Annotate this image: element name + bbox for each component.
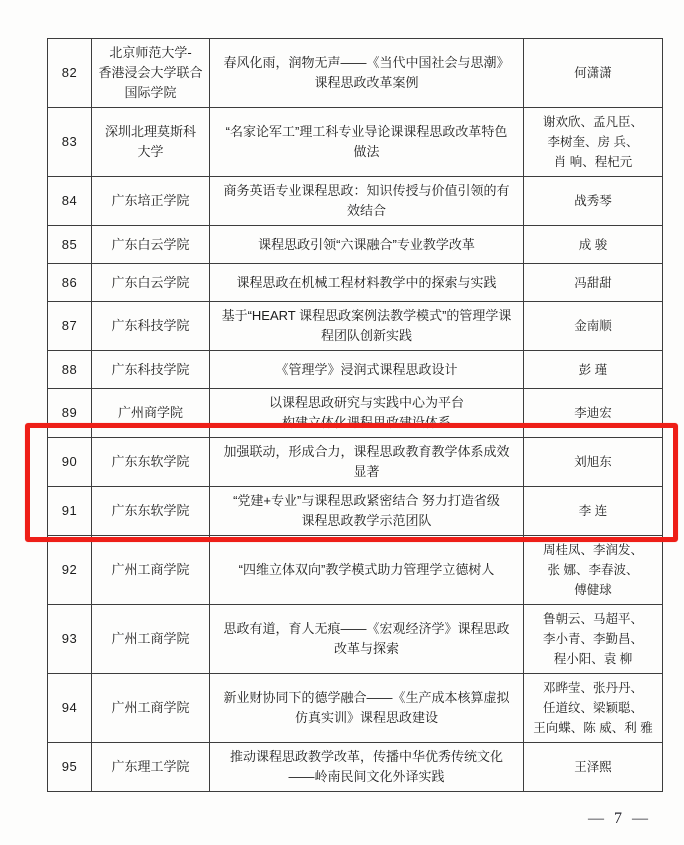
- cell-institution: 广东科技学院: [92, 351, 210, 389]
- award-table-body: 82 北京师范大学- 香港浸会大学联合 国际学院 春风化雨，润物无声——《当代中…: [48, 39, 663, 792]
- table-row: 92 广州工商学院 “四维立体双向”教学模式助力管理学立德树人 周桂凤、李润发、…: [48, 536, 663, 605]
- cell-project-title: 《管理学》浸润式课程思政设计: [210, 351, 524, 389]
- cell-project-title: 推动课程思政教学改革，传播中华优秀传统文化 ——岭南民间文化外译实践: [210, 743, 524, 792]
- cell-institution: 广州工商学院: [92, 674, 210, 743]
- cell-row-number: 84: [48, 177, 92, 226]
- cell-row-number: 94: [48, 674, 92, 743]
- table-row: 90 广东东软学院 加强联动，形成合力，课程思政教育教学体系成效 显著 刘旭东: [48, 438, 663, 487]
- cell-row-number: 92: [48, 536, 92, 605]
- cell-institution: 北京师范大学- 香港浸会大学联合 国际学院: [92, 39, 210, 108]
- cell-awardee-names: 李迪宏: [524, 389, 663, 438]
- cell-project-title: 新业财协同下的德学融合——《生产成本核算虚拟 仿真实训》课程思政建设: [210, 674, 524, 743]
- cell-project-title: “党建+专业”与课程思政紧密结合 努力打造省级 课程思政教学示范团队: [210, 487, 524, 536]
- table-row: 87 广东科技学院 基于“HEART 课程思政案例法教学模式”的管理学课 程团队…: [48, 302, 663, 351]
- cell-row-number: 91: [48, 487, 92, 536]
- table-row: 89 广州商学院 以课程思政研究与实践中心为平台 构建立体化课程思政建设体系 李…: [48, 389, 663, 438]
- cell-institution: 广东白云学院: [92, 226, 210, 264]
- cell-institution: 广东东软学院: [92, 487, 210, 536]
- table-row: 93 广州工商学院 思政有道，育人无痕——《宏观经济学》课程思政 改革与探索 鲁…: [48, 605, 663, 674]
- cell-awardee-names: 邓晔莹、张丹丹、 任道纹、梁颖聪、 王向蝶、陈 威、利 雅: [524, 674, 663, 743]
- cell-institution: 广东白云学院: [92, 264, 210, 302]
- table-row: 88 广东科技学院 《管理学》浸润式课程思政设计 彭 瑾: [48, 351, 663, 389]
- cell-row-number: 87: [48, 302, 92, 351]
- cell-row-number: 86: [48, 264, 92, 302]
- award-table: 82 北京师范大学- 香港浸会大学联合 国际学院 春风化雨，润物无声——《当代中…: [47, 38, 663, 792]
- table-row: 82 北京师范大学- 香港浸会大学联合 国际学院 春风化雨，润物无声——《当代中…: [48, 39, 663, 108]
- cell-row-number: 82: [48, 39, 92, 108]
- table-row: 86 广东白云学院 课程思政在机械工程材料教学中的探索与实践 冯甜甜: [48, 264, 663, 302]
- cell-project-title: 加强联动，形成合力，课程思政教育教学体系成效 显著: [210, 438, 524, 487]
- cell-project-title: 基于“HEART 课程思政案例法教学模式”的管理学课 程团队创新实践: [210, 302, 524, 351]
- cell-project-title: “名家论军工”理工科专业导论课课程思政改革特色 做法: [210, 108, 524, 177]
- cell-project-title: “四维立体双向”教学模式助力管理学立德树人: [210, 536, 524, 605]
- cell-institution: 广州商学院: [92, 389, 210, 438]
- cell-row-number: 90: [48, 438, 92, 487]
- table-row: 84 广东培正学院 商务英语专业课程思政：知识传授与价值引领的有 效结合 战秀琴: [48, 177, 663, 226]
- table-row: 94 广州工商学院 新业财协同下的德学融合——《生产成本核算虚拟 仿真实训》课程…: [48, 674, 663, 743]
- cell-institution: 深圳北理莫斯科 大学: [92, 108, 210, 177]
- cell-row-number: 83: [48, 108, 92, 177]
- cell-institution: 广东培正学院: [92, 177, 210, 226]
- cell-institution: 广东科技学院: [92, 302, 210, 351]
- cell-institution: 广东理工学院: [92, 743, 210, 792]
- cell-awardee-names: 周桂凤、李润发、 张 娜、李春波、 傅健球: [524, 536, 663, 605]
- cell-row-number: 85: [48, 226, 92, 264]
- cell-project-title: 商务英语专业课程思政：知识传授与价值引领的有 效结合: [210, 177, 524, 226]
- table-row: 85 广东白云学院 课程思政引领“六课融合”专业教学改革 成 骏: [48, 226, 663, 264]
- cell-awardee-names: 成 骏: [524, 226, 663, 264]
- cell-project-title: 课程思政在机械工程材料教学中的探索与实践: [210, 264, 524, 302]
- cell-awardee-names: 王泽熙: [524, 743, 663, 792]
- cell-awardee-names: 冯甜甜: [524, 264, 663, 302]
- cell-project-title: 春风化雨，润物无声——《当代中国社会与思潮》 课程思政改革案例: [210, 39, 524, 108]
- cell-awardee-names: 战秀琴: [524, 177, 663, 226]
- cell-row-number: 95: [48, 743, 92, 792]
- page-number: — 7 —: [588, 810, 651, 828]
- table-row: 95 广东理工学院 推动课程思政教学改革，传播中华优秀传统文化 ——岭南民间文化…: [48, 743, 663, 792]
- cell-row-number: 88: [48, 351, 92, 389]
- cell-project-title: 课程思政引领“六课融合”专业教学改革: [210, 226, 524, 264]
- cell-awardee-names: 何潇潇: [524, 39, 663, 108]
- cell-project-title: 以课程思政研究与实践中心为平台 构建立体化课程思政建设体系: [210, 389, 524, 438]
- cell-institution: 广东东软学院: [92, 438, 210, 487]
- page: 82 北京师范大学- 香港浸会大学联合 国际学院 春风化雨，润物无声——《当代中…: [0, 0, 684, 845]
- cell-row-number: 93: [48, 605, 92, 674]
- table-row: 83 深圳北理莫斯科 大学 “名家论军工”理工科专业导论课课程思政改革特色 做法…: [48, 108, 663, 177]
- cell-awardee-names: 谢欢欣、孟凡臣、 李树奎、房 兵、 肖 响、程杞元: [524, 108, 663, 177]
- cell-awardee-names: 金南顺: [524, 302, 663, 351]
- cell-institution: 广州工商学院: [92, 536, 210, 605]
- cell-row-number: 89: [48, 389, 92, 438]
- cell-awardee-names: 刘旭东: [524, 438, 663, 487]
- table-row: 91 广东东软学院 “党建+专业”与课程思政紧密结合 努力打造省级 课程思政教学…: [48, 487, 663, 536]
- cell-awardee-names: 鲁朝云、马超平、 李小青、李勤昌、 程小阳、袁 柳: [524, 605, 663, 674]
- cell-institution: 广州工商学院: [92, 605, 210, 674]
- cell-awardee-names: 李 连: [524, 487, 663, 536]
- cell-project-title: 思政有道，育人无痕——《宏观经济学》课程思政 改革与探索: [210, 605, 524, 674]
- cell-awardee-names: 彭 瑾: [524, 351, 663, 389]
